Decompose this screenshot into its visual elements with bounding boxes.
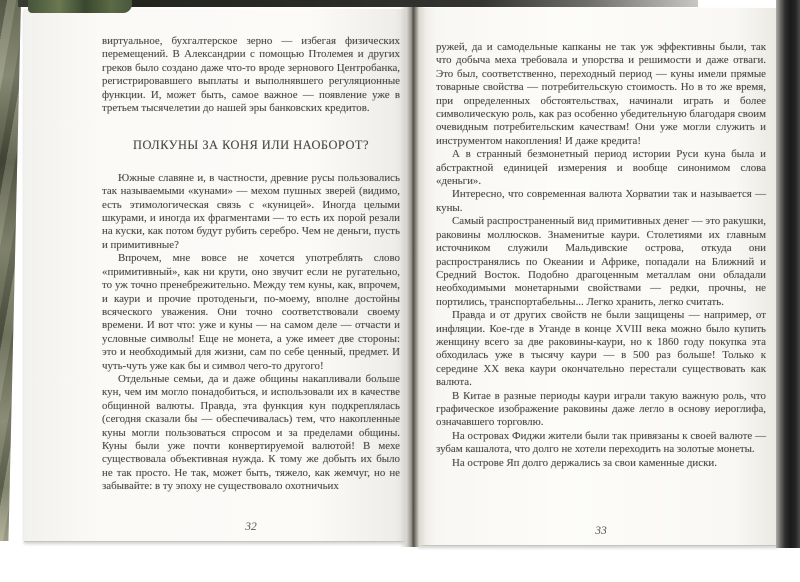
book-scan: виртуальное, бухгалтерское зерно — избег… [0,0,800,582]
page-right: ружей, да и самодельные капканы не так у… [418,8,778,546]
continuation-paragraph: виртуальное, бухгалтерское зерно — избег… [102,35,400,115]
paragraph: А в странный безмонетный период истории … [436,148,766,188]
previous-page-photo-edge [0,0,21,541]
page-number: 33 [436,525,766,537]
paragraph: Правда и от других свойств не были защищ… [436,309,766,389]
continuation-paragraph: ружей, да и самодельные капканы не так у… [436,41,766,148]
paragraph: Отдельные семьи, да и даже общины накапл… [102,373,400,494]
paragraph: На островах Фиджи жители были так привяз… [436,430,766,457]
left-page-text: виртуальное, бухгалтерское зерно — избег… [24,9,406,494]
right-page-text: ружей, да и самодельные капканы не так у… [418,8,778,470]
foliage-photo-fragment [28,0,132,13]
paragraph: Интересно, что современная валюта Хорват… [436,188,766,215]
paragraph: В Китае в разные периоды каури играли та… [436,390,766,430]
page-left: виртуальное, бухгалтерское зерно — избег… [24,9,406,542]
paragraph: На острове Яп долго держались за свои ка… [436,457,766,470]
paragraph: Впрочем, мне вовсе не хочется употреблят… [102,252,400,373]
paragraph: Южные славяне и, в частности, древние ру… [102,172,400,252]
chapter-heading: ПОЛКУНЫ ЗА КОНЯ ИЛИ НАОБОРОТ? [102,139,400,152]
page-number: 32 [102,521,400,533]
paragraph: Самый распространенный вид примитивных д… [436,215,766,309]
book-cover-edge [776,0,800,548]
